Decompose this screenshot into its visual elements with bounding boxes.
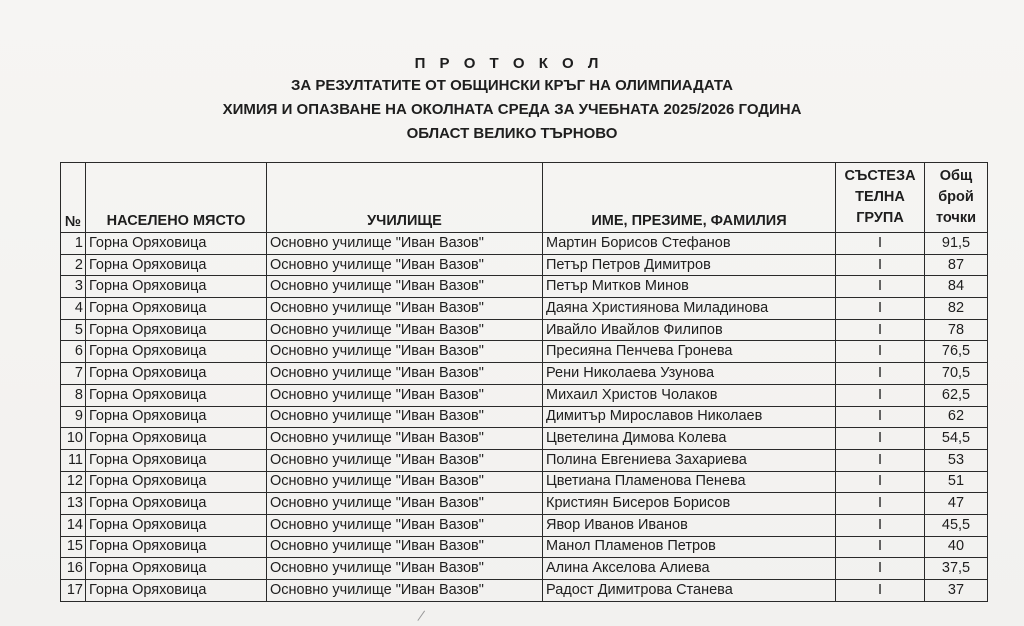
- cell-place: Горна Оряховица: [86, 406, 267, 428]
- cell-name: Цветелина Димова Колева: [543, 428, 836, 450]
- results-table: № НАСЕЛЕНО МЯСТО УЧИЛИЩЕ ИМЕ, ПРЕЗИМЕ, Ф…: [60, 162, 988, 602]
- cell-no: 5: [61, 319, 86, 341]
- table-row: 13Горна ОряховицаОсновно училище "Иван В…: [61, 493, 988, 515]
- cell-place: Горна Оряховица: [86, 558, 267, 580]
- cell-name: Даяна Християнова Миладинова: [543, 298, 836, 320]
- cell-points: 51: [925, 471, 988, 493]
- cell-points: 70,5: [925, 363, 988, 385]
- cell-no: 11: [61, 449, 86, 471]
- cell-place: Горна Оряховица: [86, 319, 267, 341]
- cell-group: I: [836, 406, 925, 428]
- table-body: 1Горна ОряховицаОсновно училище "Иван Ва…: [61, 233, 988, 602]
- table-row: 9Горна ОряховицаОсновно училище "Иван Ва…: [61, 406, 988, 428]
- cell-place: Горна Оряховица: [86, 298, 267, 320]
- cell-school: Основно училище "Иван Вазов": [267, 449, 543, 471]
- cell-school: Основно училище "Иван Вазов": [267, 428, 543, 450]
- cell-place: Горна Оряховица: [86, 580, 267, 602]
- header-points: Общ брой точки: [925, 163, 988, 233]
- header-points-line-2: брой: [928, 187, 984, 208]
- cell-name: Явор Иванов Иванов: [543, 514, 836, 536]
- cell-group: I: [836, 319, 925, 341]
- cell-group: I: [836, 536, 925, 558]
- cell-place: Горна Оряховица: [86, 233, 267, 255]
- cell-school: Основно училище "Иван Вазов": [267, 384, 543, 406]
- cell-group: I: [836, 298, 925, 320]
- cell-name: Ивайло Ивайлов Филипов: [543, 319, 836, 341]
- cell-group: I: [836, 363, 925, 385]
- table-row: 14Горна ОряховицаОсновно училище "Иван В…: [61, 514, 988, 536]
- cell-points: 82: [925, 298, 988, 320]
- cell-points: 45,5: [925, 514, 988, 536]
- cell-place: Горна Оряховица: [86, 428, 267, 450]
- cell-group: I: [836, 580, 925, 602]
- table-row: 15Горна ОряховицаОсновно училище "Иван В…: [61, 536, 988, 558]
- cell-points: 54,5: [925, 428, 988, 450]
- cell-place: Горна Оряховица: [86, 254, 267, 276]
- cell-group: I: [836, 233, 925, 255]
- cell-group: I: [836, 254, 925, 276]
- cell-no: 9: [61, 406, 86, 428]
- cell-school: Основно училище "Иван Вазов": [267, 233, 543, 255]
- cell-points: 76,5: [925, 341, 988, 363]
- cell-points: 78: [925, 319, 988, 341]
- table-row: 7Горна ОряховицаОсновно училище "Иван Ва…: [61, 363, 988, 385]
- cell-place: Горна Оряховица: [86, 341, 267, 363]
- cell-school: Основно училище "Иван Вазов": [267, 319, 543, 341]
- document-subtitle-1: ЗА РЕЗУЛТАТИТЕ ОТ ОБЩИНСКИ КРЪГ НА ОЛИМП…: [0, 77, 1024, 94]
- cell-school: Основно училище "Иван Вазов": [267, 363, 543, 385]
- cell-group: I: [836, 341, 925, 363]
- cell-group: I: [836, 558, 925, 580]
- cell-name: Петър Митков Минов: [543, 276, 836, 298]
- cell-school: Основно училище "Иван Вазов": [267, 471, 543, 493]
- table-row: 5Горна ОряховицаОсновно училище "Иван Ва…: [61, 319, 988, 341]
- cell-no: 1: [61, 233, 86, 255]
- cell-group: I: [836, 493, 925, 515]
- cell-no: 12: [61, 471, 86, 493]
- cell-group: I: [836, 449, 925, 471]
- cell-points: 84: [925, 276, 988, 298]
- cell-school: Основно училище "Иван Вазов": [267, 406, 543, 428]
- cell-place: Горна Оряховица: [86, 514, 267, 536]
- cell-name: Алина Акселова Алиева: [543, 558, 836, 580]
- cell-no: 15: [61, 536, 86, 558]
- table-row: 12Горна ОряховицаОсновно училище "Иван В…: [61, 471, 988, 493]
- cell-no: 14: [61, 514, 86, 536]
- header-points-line-3: точки: [928, 208, 984, 229]
- cell-school: Основно училище "Иван Вазов": [267, 580, 543, 602]
- cell-school: Основно училище "Иван Вазов": [267, 254, 543, 276]
- header-group-line-2: ТЕЛНА: [839, 187, 921, 208]
- header-school: УЧИЛИЩЕ: [267, 163, 543, 233]
- cell-no: 6: [61, 341, 86, 363]
- table-row: 8Горна ОряховицаОсновно училище "Иван Ва…: [61, 384, 988, 406]
- cell-name: Радост Димитрова Станева: [543, 580, 836, 602]
- header-group-line-3: ГРУПА: [839, 208, 921, 229]
- cell-points: 91,5: [925, 233, 988, 255]
- cell-points: 37: [925, 580, 988, 602]
- cell-points: 62: [925, 406, 988, 428]
- cell-points: 37,5: [925, 558, 988, 580]
- cell-group: I: [836, 514, 925, 536]
- cell-school: Основно училище "Иван Вазов": [267, 536, 543, 558]
- cell-no: 10: [61, 428, 86, 450]
- cell-points: 62,5: [925, 384, 988, 406]
- cell-points: 40: [925, 536, 988, 558]
- document-subtitle-3: ОБЛАСТ ВЕЛИКО ТЪРНОВО: [0, 125, 1024, 142]
- cell-school: Основно училище "Иван Вазов": [267, 276, 543, 298]
- cell-group: I: [836, 428, 925, 450]
- cell-group: I: [836, 276, 925, 298]
- cell-school: Основно училище "Иван Вазов": [267, 341, 543, 363]
- table-row: 11Горна ОряховицаОсновно училище "Иван В…: [61, 449, 988, 471]
- cell-group: I: [836, 471, 925, 493]
- table-row: 10Горна ОряховицаОсновно училище "Иван В…: [61, 428, 988, 450]
- cell-points: 47: [925, 493, 988, 515]
- table-row: 3Горна ОряховицаОсновно училище "Иван Ва…: [61, 276, 988, 298]
- cell-no: 8: [61, 384, 86, 406]
- header-group-line-1: СЪСТЕЗА: [839, 166, 921, 187]
- cell-place: Горна Оряховица: [86, 384, 267, 406]
- cell-school: Основно училище "Иван Вазов": [267, 558, 543, 580]
- table-row: 17Горна ОряховицаОсновно училище "Иван В…: [61, 580, 988, 602]
- table-header-row: № НАСЕЛЕНО МЯСТО УЧИЛИЩЕ ИМЕ, ПРЕЗИМЕ, Ф…: [61, 163, 988, 233]
- table-row: 16Горна ОряховицаОсновно училище "Иван В…: [61, 558, 988, 580]
- cell-name: Димитър Мирославов Николаев: [543, 406, 836, 428]
- cell-place: Горна Оряховица: [86, 536, 267, 558]
- scanned-page: П Р О Т О К О Л ЗА РЕЗУЛТАТИТЕ ОТ ОБЩИНС…: [0, 0, 1024, 626]
- cell-school: Основно училище "Иван Вазов": [267, 493, 543, 515]
- document-subtitle-2: ХИМИЯ И ОПАЗВАНЕ НА ОКОЛНАТА СРЕДА ЗА УЧ…: [0, 101, 1024, 118]
- header-group: СЪСТЕЗА ТЕЛНА ГРУПА: [836, 163, 925, 233]
- cell-name: Пресияна Пенчева Гронева: [543, 341, 836, 363]
- cell-school: Основно училище "Иван Вазов": [267, 298, 543, 320]
- table-row: 2Горна ОряховицаОсновно училище "Иван Ва…: [61, 254, 988, 276]
- cell-name: Петър Петров Димитров: [543, 254, 836, 276]
- cell-place: Горна Оряховица: [86, 276, 267, 298]
- table-row: 6Горна ОряховицаОсновно училище "Иван Ва…: [61, 341, 988, 363]
- cell-place: Горна Оряховица: [86, 363, 267, 385]
- cell-group: I: [836, 384, 925, 406]
- table-row: 4Горна ОряховицаОсновно училище "Иван Ва…: [61, 298, 988, 320]
- cell-place: Горна Оряховица: [86, 449, 267, 471]
- cell-name: Михаил Христов Чолаков: [543, 384, 836, 406]
- cell-name: Рени Николаева Узунова: [543, 363, 836, 385]
- cell-name: Кристиян Бисеров Борисов: [543, 493, 836, 515]
- cell-no: 16: [61, 558, 86, 580]
- cell-name: Цветиана Пламенова Пенева: [543, 471, 836, 493]
- pen-mark: [417, 611, 431, 626]
- cell-points: 53: [925, 449, 988, 471]
- header-name: ИМЕ, ПРЕЗИМЕ, ФАМИЛИЯ: [543, 163, 836, 233]
- cell-no: 4: [61, 298, 86, 320]
- header-no: №: [61, 163, 86, 233]
- header-points-line-1: Общ: [928, 166, 984, 187]
- header-place: НАСЕЛЕНО МЯСТО: [86, 163, 267, 233]
- cell-no: 7: [61, 363, 86, 385]
- cell-name: Манол Пламенов Петров: [543, 536, 836, 558]
- document-title: П Р О Т О К О Л: [0, 55, 1021, 72]
- cell-no: 2: [61, 254, 86, 276]
- cell-school: Основно училище "Иван Вазов": [267, 514, 543, 536]
- cell-no: 13: [61, 493, 86, 515]
- cell-place: Горна Оряховица: [86, 471, 267, 493]
- cell-name: Полина Евгениева Захариева: [543, 449, 836, 471]
- cell-no: 17: [61, 580, 86, 602]
- cell-name: Мартин Борисов Стефанов: [543, 233, 836, 255]
- table-row: 1Горна ОряховицаОсновно училище "Иван Ва…: [61, 233, 988, 255]
- cell-place: Горна Оряховица: [86, 493, 267, 515]
- cell-no: 3: [61, 276, 86, 298]
- cell-points: 87: [925, 254, 988, 276]
